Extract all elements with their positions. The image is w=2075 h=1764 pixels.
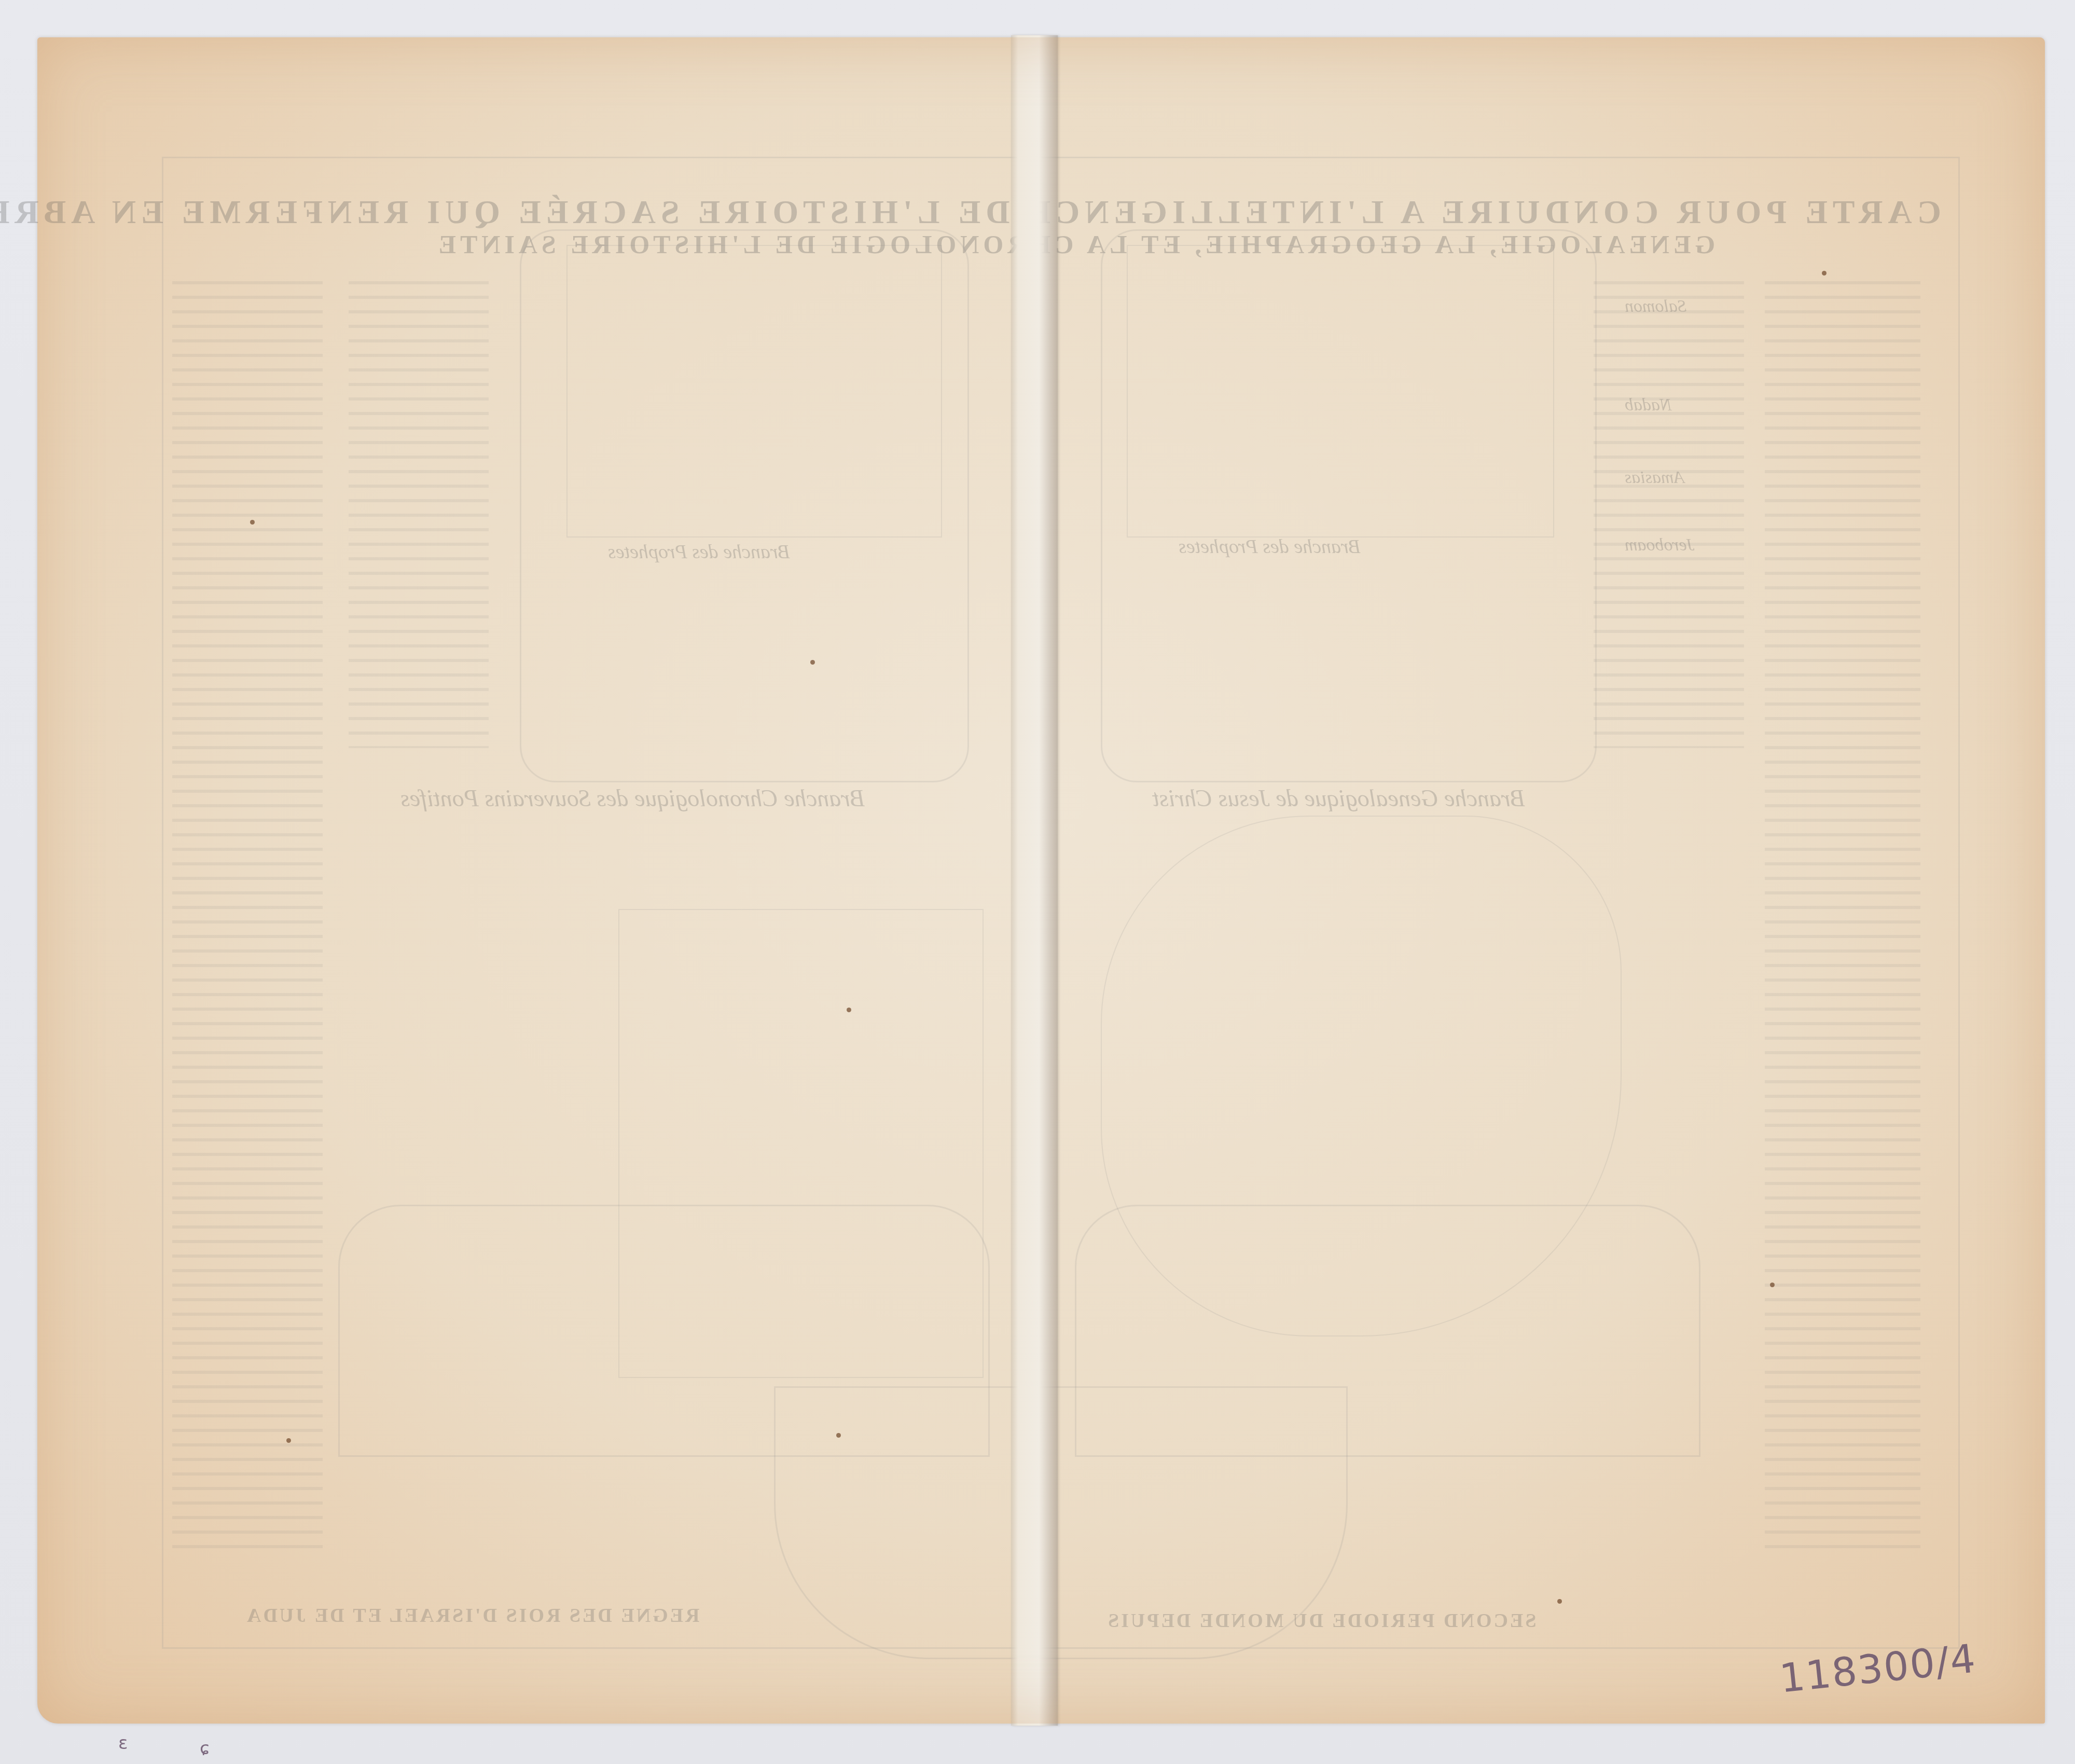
foxing-spot xyxy=(847,1008,851,1012)
map-sheet-verso: CARTE POUR CONDUIRE A L'INTELLIGENCE DE … xyxy=(37,37,2045,1724)
side-label-2: Nadab xyxy=(1625,395,1672,415)
label-chronologique: Branche Chronologique des Souverains Pon… xyxy=(400,784,865,812)
foxing-spot xyxy=(810,660,815,665)
side-label-4: Jeroboam xyxy=(1625,535,1695,555)
right-text-column xyxy=(1765,281,1920,1552)
foxing-spot xyxy=(250,520,255,525)
right-inner-column xyxy=(1594,281,1744,748)
side-label-1: Salomon xyxy=(1625,297,1686,316)
upper-right-inset-map xyxy=(1127,245,1554,538)
label-genealogique: Branche Genealogique de Jesus Christ xyxy=(1153,784,1525,812)
side-label-3: Amasias xyxy=(1625,468,1684,488)
eraser-debris: ɕ xyxy=(200,1738,210,1759)
foxing-spot xyxy=(286,1438,291,1443)
eraser-debris: ɛ xyxy=(118,1733,128,1754)
label-prophetes-right: Branche des Prophetes xyxy=(1179,535,1361,558)
footer-left: REGNE DES ROIS D'ISRAEL ET DE JUDA xyxy=(245,1604,700,1627)
left-inner-column xyxy=(349,281,489,748)
upper-left-inset-map xyxy=(566,245,942,538)
central-fold-reinforcement-strip xyxy=(1011,35,1058,1726)
left-text-column xyxy=(172,281,323,1552)
footer-right: SECOND PERIODE DU MONDE DEPUIS xyxy=(1106,1609,1536,1632)
foxing-spot xyxy=(1770,1283,1775,1287)
label-prophetes-left: Branche des Prophetes xyxy=(608,541,790,563)
foxing-spot xyxy=(1822,271,1827,275)
foxing-spot xyxy=(836,1433,841,1438)
mirrored-title-line-1: CARTE POUR CONDUIRE A L'INTELLIGENCE DE … xyxy=(193,193,1941,231)
foxing-spot xyxy=(1557,1599,1562,1604)
